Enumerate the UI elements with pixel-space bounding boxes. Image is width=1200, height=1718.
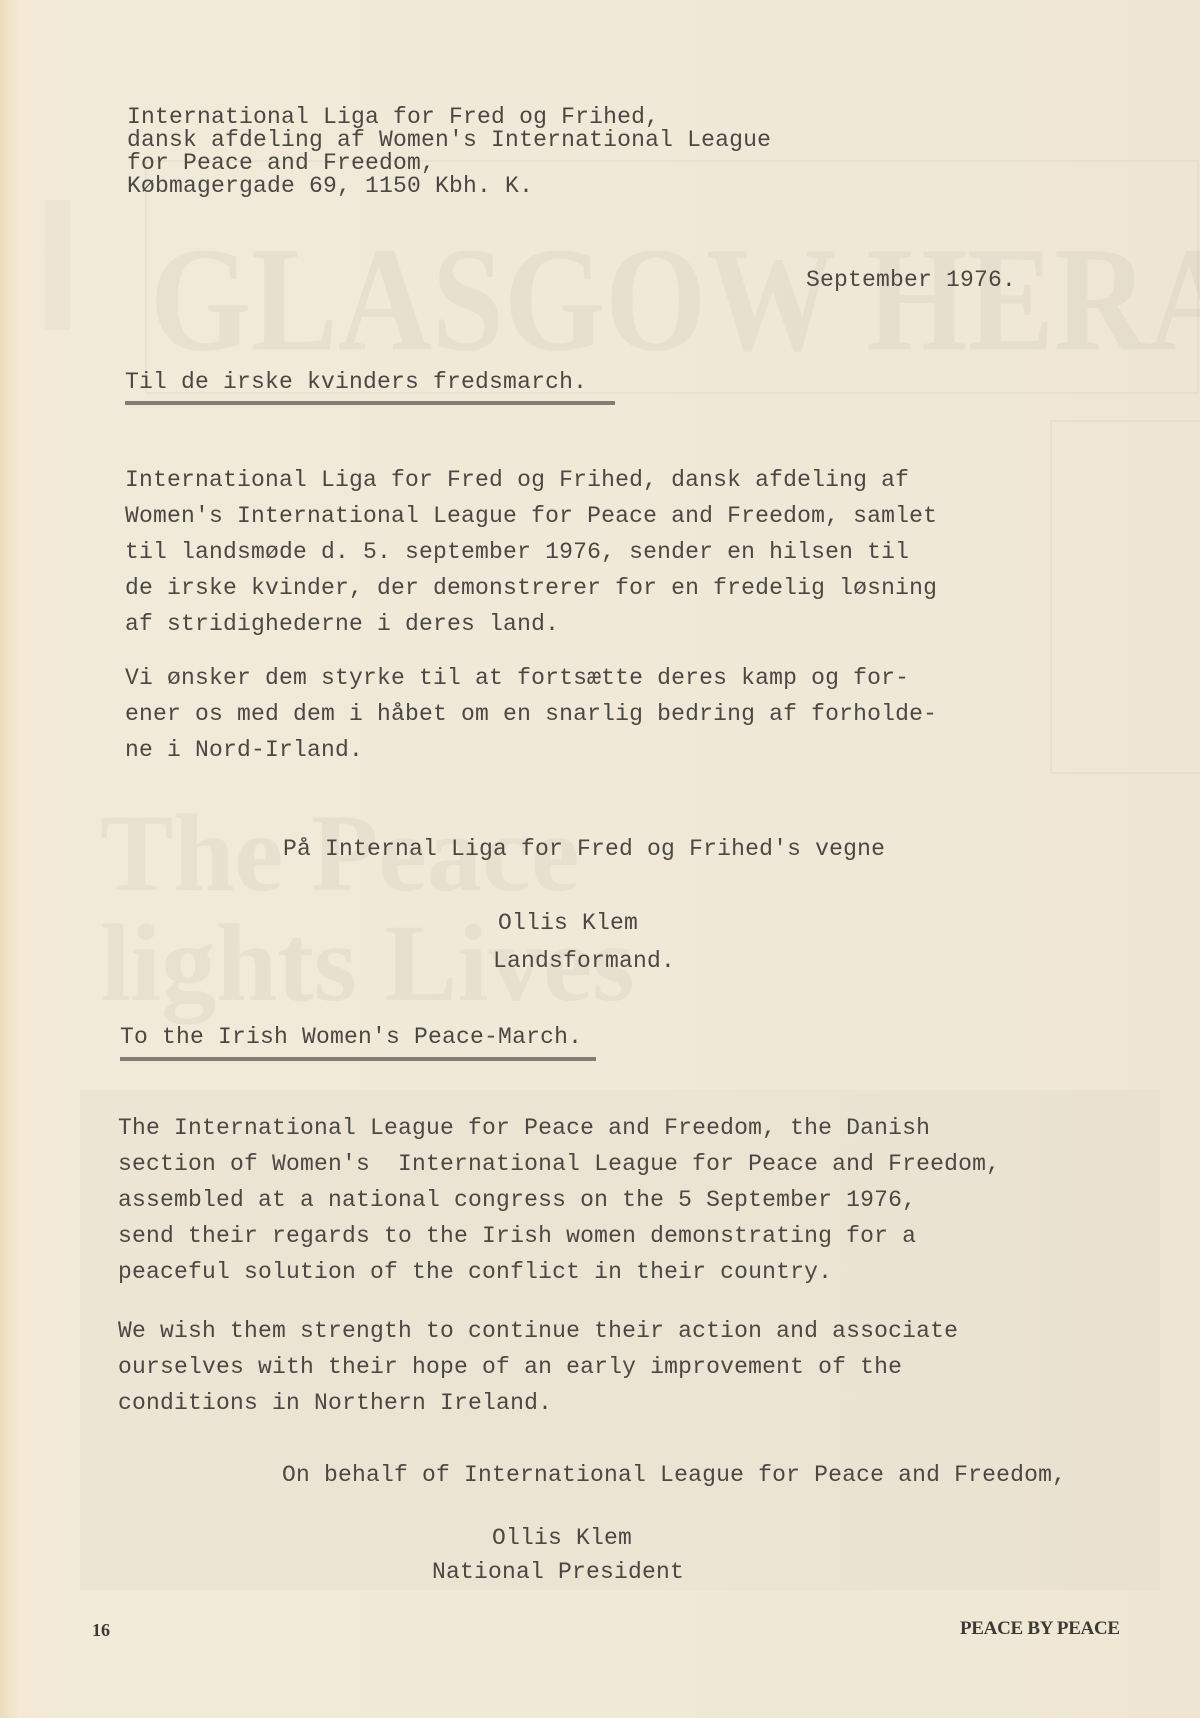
letterhead-line-1: International Liga for Fred og Frihed, — [127, 106, 659, 128]
english-p2-line-3: conditions in Northern Ireland. — [118, 1385, 552, 1421]
english-p1-line-5: peaceful solution of the conflict in the… — [118, 1254, 832, 1290]
english-p1-line-4: send their regards to the Irish women de… — [118, 1218, 916, 1254]
danish-p1-line-4: de irske kvinder, der demonstrerer for e… — [125, 570, 937, 606]
show-through-column — [45, 200, 70, 330]
danish-signature-title: Landsformand. — [493, 950, 675, 973]
danish-p1-line-2: Women's International League for Peace a… — [125, 498, 937, 534]
danish-p1-line-3: til landsmøde d. 5. september 1976, send… — [125, 534, 909, 570]
english-p2-line-2: ourselves with their hope of an early im… — [118, 1349, 902, 1385]
danish-p2-line-3: ne i Nord-Irland. — [125, 732, 363, 768]
scanned-page: GLASGOW HERALD The Peace lights Lives In… — [0, 0, 1200, 1718]
show-through-frame-2 — [1050, 420, 1200, 774]
danish-p1-line-1: International Liga for Fred og Frihed, d… — [125, 462, 909, 498]
danish-p1-line-5: af stridighederne i deres land. — [125, 606, 559, 642]
danish-signature-name: Ollis Klem — [498, 912, 638, 935]
danish-heading-underline — [125, 401, 615, 405]
letterhead-line-3: for Peace and Freedom, — [127, 152, 435, 174]
english-p1-line-3: assembled at a national congress on the … — [118, 1182, 916, 1218]
danish-p2-line-2: ener os med dem i håbet om en snarlig be… — [125, 696, 937, 732]
letterhead-line-4: Købmagergade 69, 1150 Kbh. K. — [127, 175, 533, 197]
danish-heading: Til de irske kvinders fredsmarch. — [125, 371, 587, 394]
english-p1-line-2: section of Women's International League … — [118, 1146, 1000, 1182]
publication-title: PEACE BY PEACE — [960, 1618, 1120, 1640]
page-number: 16 — [92, 1620, 110, 1641]
letter-date: September 1976. — [806, 269, 1016, 292]
danish-p2-line-1: Vi ønsker dem styrke til at fortsætte de… — [125, 660, 909, 696]
english-p2-line-1: We wish them strength to continue their … — [118, 1313, 958, 1349]
letterhead-line-2: dansk afdeling af Women's International … — [127, 129, 771, 151]
english-closing: On behalf of International League for Pe… — [282, 1464, 1066, 1487]
english-heading-underline — [120, 1057, 596, 1061]
danish-closing: På Internal Liga for Fred og Frihed's ve… — [283, 838, 885, 861]
english-signature-title: National President — [432, 1561, 684, 1584]
english-heading: To the Irish Women's Peace-March. — [120, 1026, 582, 1049]
english-signature-name: Ollis Klem — [492, 1527, 632, 1550]
english-p1-line-1: The International League for Peace and F… — [118, 1110, 930, 1146]
